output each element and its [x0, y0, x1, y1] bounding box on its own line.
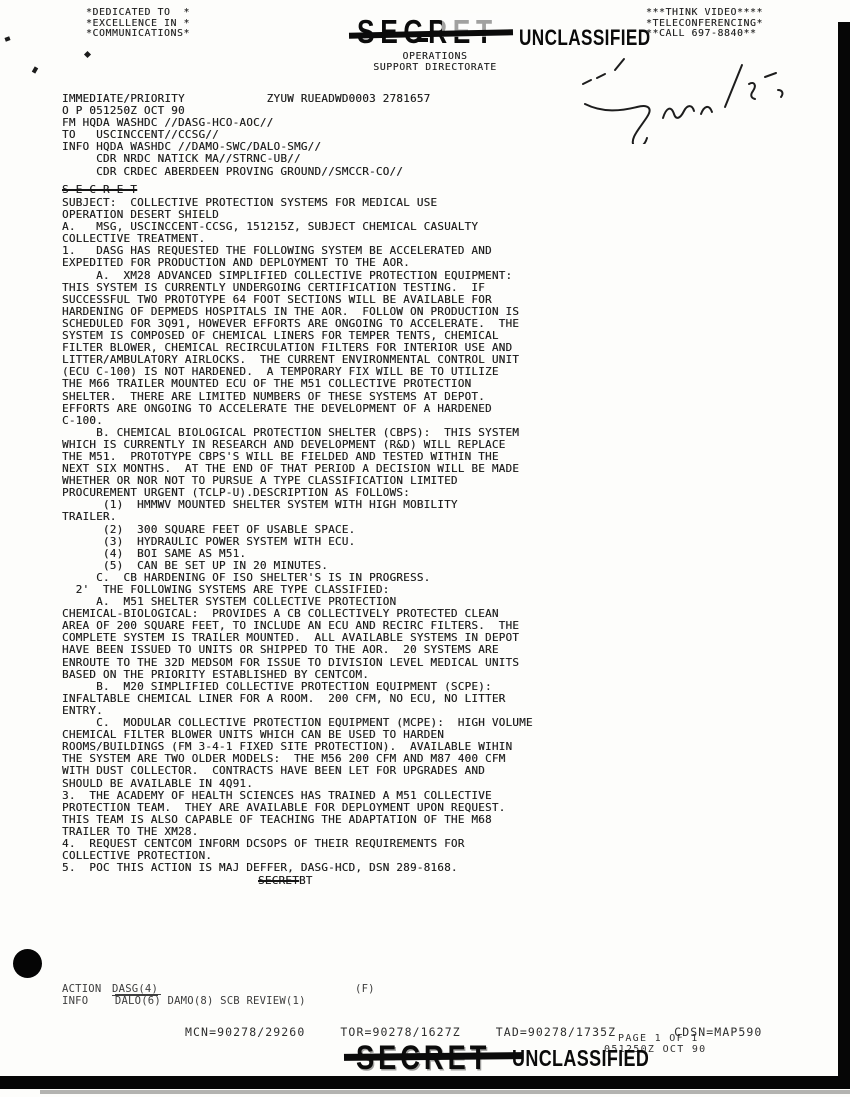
distribution-block: ACTION DASG(4) (F) INFO DALO(6) DAMO(8) …: [62, 984, 482, 1007]
declassified-message-document: *DEDICATED TO * *EXCELLENCE IN * *COMMUN…: [0, 0, 850, 1097]
scan-edge-bar-bottom: [0, 1076, 850, 1089]
secret-stamp-bottom-strike-line: [344, 1052, 522, 1061]
action-label: ACTION: [62, 983, 101, 995]
action-office: DASG(4): [112, 983, 158, 996]
tad-value: TAD=90278/1735Z: [496, 1025, 616, 1039]
tor-value: TOR=90278/1627Z: [340, 1025, 460, 1039]
f-mark: (F): [355, 984, 375, 996]
ink-speck: [84, 51, 91, 58]
unclassified-stamp-top: UNCLASSIFIED: [519, 25, 650, 51]
secret-stamp-top-strike-remnant: [418, 38, 428, 42]
scan-edge-bar-right: [838, 22, 850, 1076]
info-label: INFO: [62, 995, 88, 1007]
classification-secret-text: S E C R E T: [62, 183, 137, 196]
action-line: ACTION DASG(4) (F): [62, 984, 482, 996]
ink-speck: [4, 36, 10, 41]
sign-off-bt: BT: [299, 874, 313, 887]
info-rest: DAMO(8) SCB REVIEW(1): [168, 995, 306, 1007]
scan-edge-shadow-bottom: [40, 1090, 850, 1094]
message-body-text: SUBJECT: COLLECTIVE PROTECTION SYSTEMS F…: [62, 197, 533, 874]
message-routing-header: IMMEDIATE/PRIORITY ZYUW RUEADWD0003 2781…: [62, 93, 430, 178]
sign-off-line: SECRETBT: [258, 875, 313, 887]
ink-speck: [32, 66, 38, 73]
slogan-dedicated-to-excellence: *DEDICATED TO * *EXCELLENCE IN * *COMMUN…: [86, 8, 190, 40]
unclassified-stamp-bottom: UNCLASSIFIED: [512, 1045, 649, 1072]
page-number-line: PAGE 1 OF 1: [618, 1033, 699, 1044]
mcn-value: MCN=90278/29260: [185, 1025, 305, 1039]
hole-punch-mark: [13, 949, 42, 978]
slogan-think-video-teleconferencing: ***THINK VIDEO**** *TELECONFERENCING* **…: [646, 8, 763, 40]
handwritten-signature-annotation: [575, 52, 800, 144]
info-line: INFO DALO(6) DAMO(8) SCB REVIEW(1): [62, 996, 482, 1008]
sign-off-secret-struck: SECRET: [258, 874, 299, 887]
classification-line-struck: S E C R E T: [62, 184, 137, 196]
operations-support-directorate-heading: OPERATIONS SUPPORT DIRECTORATE: [350, 52, 520, 73]
